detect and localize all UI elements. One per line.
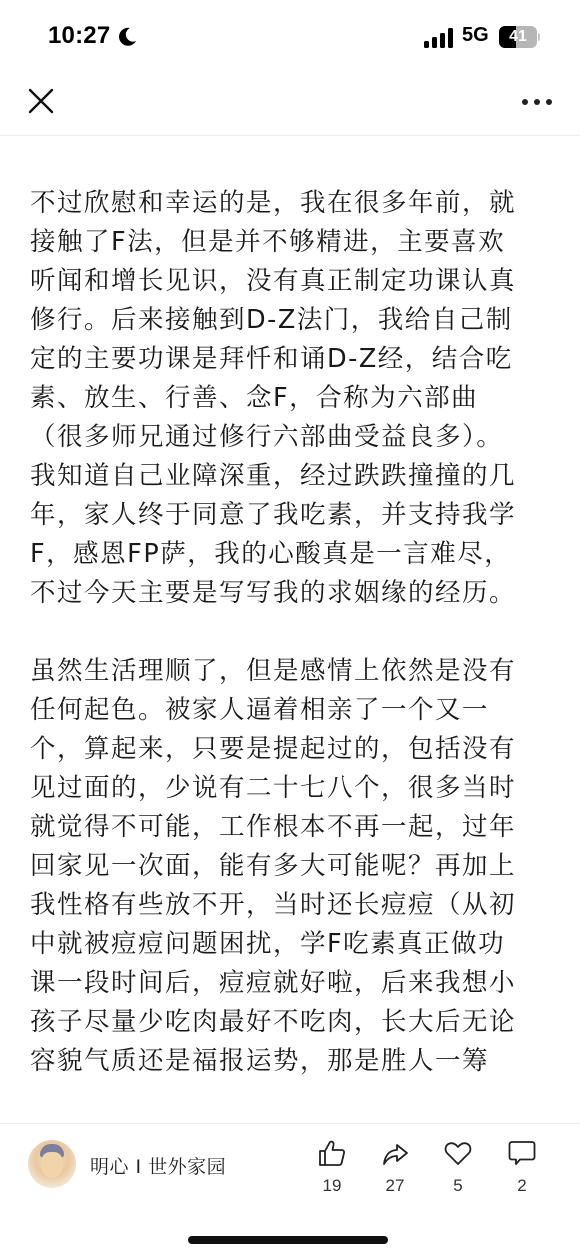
close-icon[interactable]: [26, 86, 56, 116]
text-line: 接触了F法，但是并不够精进，主要喜欢: [30, 223, 560, 262]
text-line: 年，家人终于同意了我吃素，并支持我学: [30, 496, 560, 535]
text-line: 课一段时间后，痘痘就好啦，后来我想小: [30, 964, 560, 1003]
text-line: 就觉得不可能，工作根本不再一起，过年: [30, 808, 560, 847]
like-button[interactable]: 19: [307, 1138, 357, 1196]
moon-icon: [116, 26, 138, 48]
like-count: 19: [307, 1176, 357, 1196]
paragraph-gap: [30, 613, 560, 652]
share-icon: [380, 1138, 410, 1168]
text-line: 孩子尽量少吃肉最好不吃肉，长大后无论: [30, 1003, 560, 1042]
network-type: 5G: [462, 24, 489, 47]
article-body: 无常啊。 不过欣慰和幸运的是，我在很多年前，就 接触了F法，但是并不够精进，主要…: [30, 120, 560, 1081]
favorite-count: 5: [433, 1176, 483, 1196]
text-line: 不过今天主要是写写我的求姻缘的经历。: [30, 574, 560, 613]
text-line: 我性格有些放不开，当时还长痘痘（从初: [30, 886, 560, 925]
battery-level: 41: [499, 26, 537, 48]
text-line: 中就被痘痘问题困扰，学F吃素真正做功: [30, 925, 560, 964]
text-line: 回家见一次面，能有多大可能呢？再加上: [30, 847, 560, 886]
more-icon-dot: [522, 99, 528, 105]
text-line: 不过欣慰和幸运的是，我在很多年前，就: [30, 184, 560, 223]
heart-icon: [443, 1138, 473, 1168]
text-line: 见过面的，少说有二十七八个，很多当时: [30, 769, 560, 808]
article-scroll-area[interactable]: 无常啊。 不过欣慰和幸运的是，我在很多年前，就 接触了F法，但是并不够精进，主要…: [0, 120, 580, 1124]
more-icon-dot: [546, 99, 552, 105]
comment-count: 2: [497, 1176, 547, 1196]
text-line: 素、放生、行善、念F，合称为六部曲: [30, 379, 560, 418]
text-line: 任何起色。被家人逼着相亲了一个又一: [30, 691, 560, 730]
text-line: F，感恩FP萨，我的心酸真是一言难尽，: [30, 535, 560, 574]
share-button[interactable]: 27: [370, 1138, 420, 1196]
text-line: 虽然生活理顺了，但是感情上依然是没有: [30, 652, 560, 691]
author-name[interactable]: 明心 I 世外家园: [90, 1152, 226, 1179]
status-time: 10:27: [48, 22, 110, 50]
author-avatar[interactable]: [28, 1140, 76, 1188]
share-count: 27: [370, 1176, 420, 1196]
text-line: 个，算起来，只要是提起过的，包括没有: [30, 730, 560, 769]
comment-icon: [507, 1138, 537, 1168]
cellular-signal-icon: [424, 28, 454, 48]
status-bar: 10:27 5G 41: [0, 0, 580, 78]
battery-icon: 41: [499, 26, 537, 48]
text-line: （很多师兄通过修行六部曲受益良多）。: [30, 418, 560, 457]
paragraph-gap: [30, 145, 560, 184]
thumbs-up-icon: [317, 1138, 347, 1168]
top-nav-bar: [0, 78, 580, 136]
battery-tip: [538, 33, 540, 41]
text-line: 我知道自己业障深重，经过跌跌撞撞的几: [30, 457, 560, 496]
comment-button[interactable]: 2: [497, 1138, 547, 1196]
text-line: 容貌气质还是福报运势，那是胜人一筹: [30, 1042, 560, 1081]
favorite-button[interactable]: 5: [433, 1138, 483, 1196]
text-line: 定的主要功课是拜忏和诵D-Z经，结合吃: [30, 340, 560, 379]
more-button[interactable]: [468, 90, 552, 114]
text-line: 听闻和增长见识，没有真正制定功课认真: [30, 262, 560, 301]
home-indicator[interactable]: [188, 1236, 388, 1244]
more-icon-dot: [534, 99, 540, 105]
text-line: 修行。后来接触到D-Z法门，我给自己制: [30, 301, 560, 340]
